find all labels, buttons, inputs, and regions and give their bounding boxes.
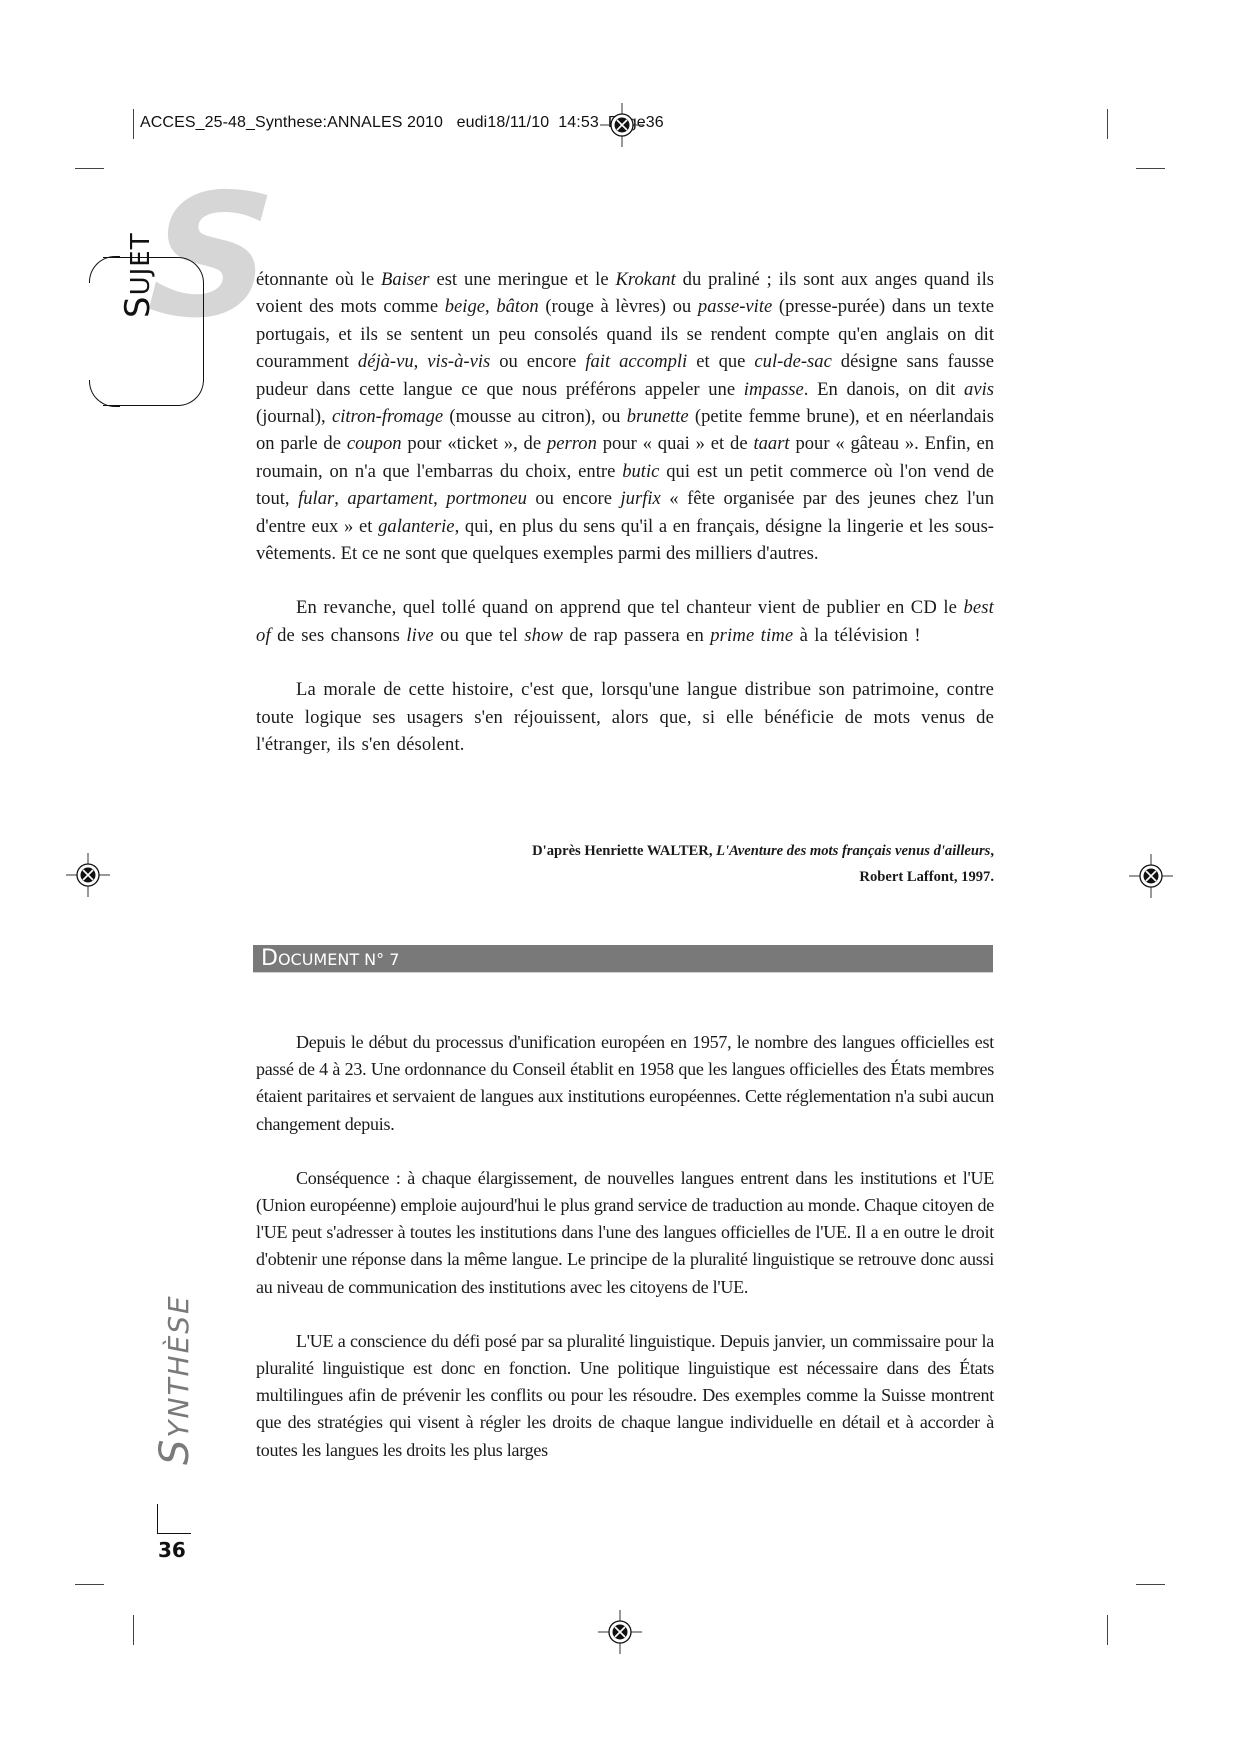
citation-publisher: Robert Laffont, 1997.	[532, 864, 994, 890]
crop-mark-icon	[133, 109, 134, 139]
crop-mark-icon	[1136, 1584, 1165, 1585]
crop-mark-icon	[1107, 109, 1108, 139]
document-6-citation: D'après Henriette WALTER, L'Aventure des…	[532, 838, 994, 890]
registration-mark-right-icon	[1129, 854, 1173, 898]
printer-slug: ACCES_25-48_Synthese:ANNALES 2010 eudi18…	[140, 114, 664, 132]
document-7-heading: DOCUMENT N° 7	[253, 945, 993, 973]
document-6-paragraph: En revanche, quel tollé quand on apprend…	[256, 594, 994, 649]
registration-mark-top-icon	[600, 103, 644, 147]
crop-mark-icon	[1107, 1615, 1108, 1645]
registration-mark-left-icon	[66, 853, 110, 897]
document-7-paragraph: L'UE a conscience du défi posé par sa pl…	[256, 1328, 994, 1464]
document-6-paragraph: étonnante où le Baiser est une meringue …	[256, 266, 994, 567]
document-6-body: étonnante où le Baiser est une meringue …	[256, 266, 994, 759]
registration-mark-bottom-icon	[598, 1610, 642, 1654]
document-6-paragraph: La morale de cette histoire, c'est que, …	[256, 676, 994, 758]
crop-mark-icon	[1136, 168, 1165, 169]
crop-mark-icon	[75, 168, 104, 169]
page-corner-mark	[157, 1533, 191, 1534]
sujet-section-label: SUJET	[118, 178, 158, 318]
crop-mark-icon	[75, 1584, 104, 1585]
page-number: 36	[158, 1538, 186, 1562]
citation-author-title: D'après Henriette WALTER, L'Aventure des…	[532, 838, 994, 864]
synthese-section-label: SYNTHÈSE	[152, 1245, 198, 1465]
document-7-body: Depuis le début du processus d'unificati…	[256, 1029, 994, 1464]
document-7-paragraph: Depuis le début du processus d'unificati…	[256, 1029, 994, 1138]
page-corner-mark	[157, 1504, 158, 1534]
crop-mark-icon	[133, 1615, 134, 1645]
document-7-paragraph: Conséquence : à chaque élargissement, de…	[256, 1165, 994, 1301]
